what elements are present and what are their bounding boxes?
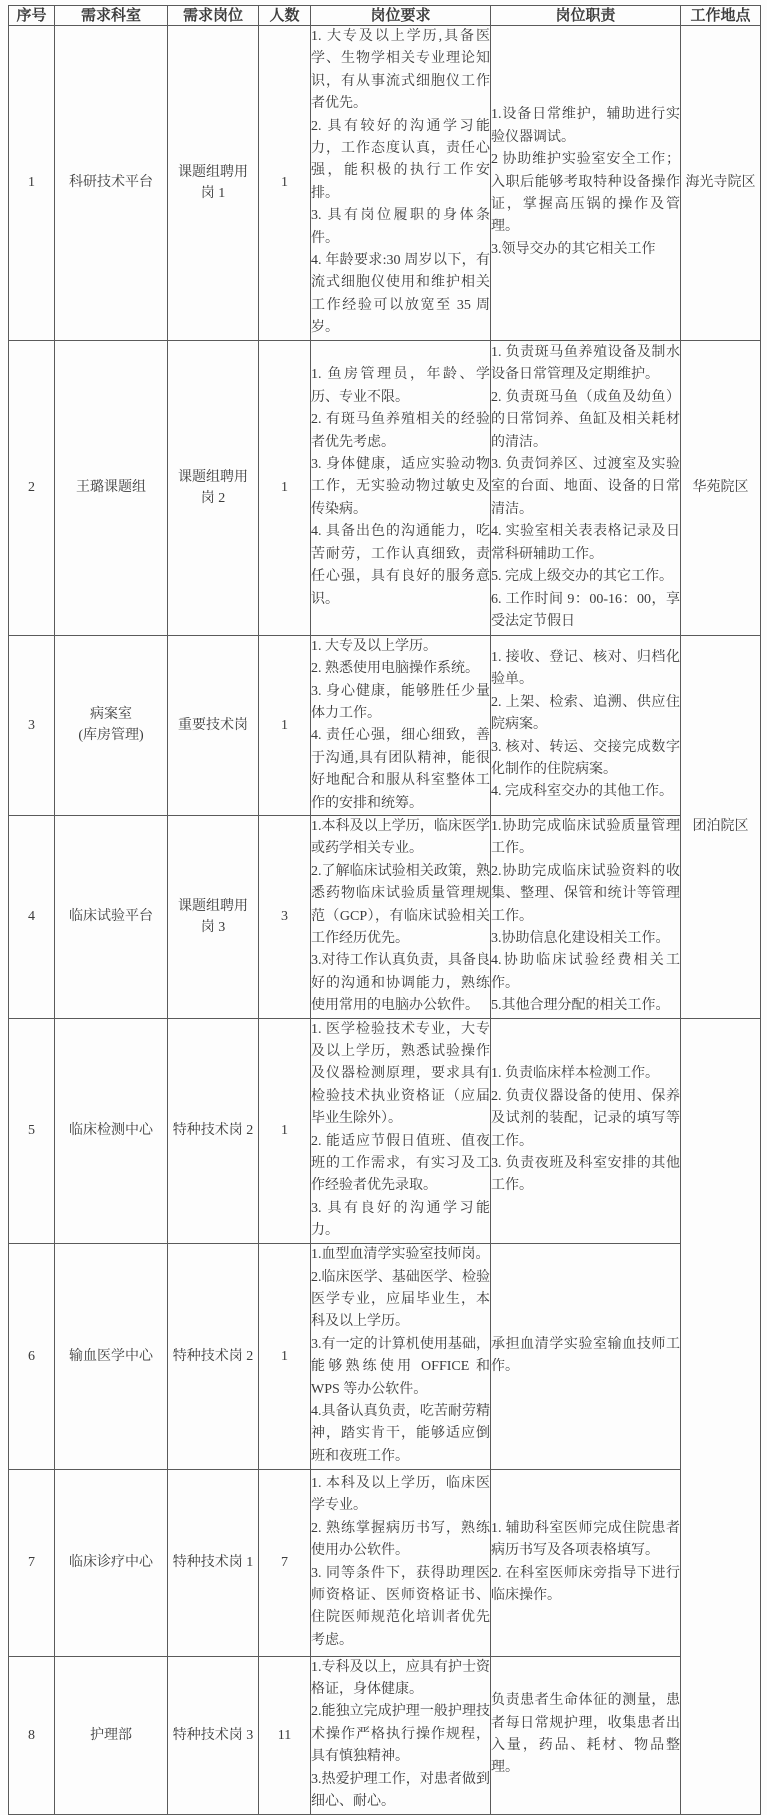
cell-seq: 3 — [9, 635, 55, 815]
table-row: 8 护理部 特种技术岗 3 11 1.专科及以上，应具有护士资格证，身体健康。2… — [9, 1656, 761, 1814]
col-header-position: 需求岗位 — [168, 6, 259, 26]
cell-position: 课题组聘用 岗 1 — [168, 26, 259, 341]
cell-location — [681, 1018, 761, 1814]
col-header-dept: 需求科室 — [55, 6, 168, 26]
cell-requirements: 1.本科及以上学历，临床医学或药学相关专业。2.了解临床试验相关政策，熟悉药物临… — [311, 815, 491, 1018]
cell-duties: 1. 负责临床样本检测工作。2. 负责仪器设备的使用、保养及试剂的装配，记录的填… — [491, 1018, 681, 1243]
cell-count: 11 — [259, 1656, 311, 1814]
cell-seq: 7 — [9, 1469, 55, 1656]
cell-location: 海光寺院区 — [681, 26, 761, 341]
cell-requirements: 1. 大专及以上学历,具备医学、生物学相关专业理论知识，有从事流式细胞仪工作者优… — [311, 26, 491, 341]
cell-requirements: 1. 医学检验技术专业，大专及以上学历，熟悉试验操作及仪器检测原理，要求具有检验… — [311, 1018, 491, 1243]
cell-seq: 1 — [9, 26, 55, 341]
cell-dept: 临床诊疗中心 — [55, 1469, 168, 1656]
cell-dept: 临床检测中心 — [55, 1018, 168, 1243]
cell-position: 特种技术岗 1 — [168, 1469, 259, 1656]
col-header-requirements: 岗位要求 — [311, 6, 491, 26]
cell-duties: 承担血清学实验室输血技师工作。 — [491, 1243, 681, 1469]
cell-duties: 1.协助完成临床试验质量管理工作。2.协助完成临床试验资料的收集、整理、保管和统… — [491, 815, 681, 1018]
cell-count: 1 — [259, 340, 311, 635]
cell-duties: 负责患者生命体征的测量，患者每日常规护理，收集患者出入量，药品、耗材、物品整理。 — [491, 1656, 681, 1814]
cell-count: 1 — [259, 1018, 311, 1243]
table-header-row: 序号 需求科室 需求岗位 人数 岗位要求 岗位职责 工作地点 — [9, 6, 761, 26]
col-header-seq: 序号 — [9, 6, 55, 26]
cell-duties: 1. 辅助科室医师完成住院患者病历书写及各项表格填写。2. 在科室医师床旁指导下… — [491, 1469, 681, 1656]
cell-dept: 王璐课题组 — [55, 340, 168, 635]
col-header-count: 人数 — [259, 6, 311, 26]
cell-duties: 1. 接收、登记、核对、归档化验单。2. 上架、检索、追溯、供应住院病案。3. … — [491, 635, 681, 815]
cell-position: 重要技术岗 — [168, 635, 259, 815]
cell-count: 1 — [259, 26, 311, 341]
cell-count: 1 — [259, 635, 311, 815]
table-row: 5 临床检测中心 特种技术岗 2 1 1. 医学检验技术专业，大专及以上学历，熟… — [9, 1018, 761, 1243]
cell-dept: 临床试验平台 — [55, 815, 168, 1018]
table-row: 2 王璐课题组 课题组聘用 岗 2 1 1. 鱼房管理员，年龄、学历、专业不限。… — [9, 340, 761, 635]
cell-dept: 护理部 — [55, 1656, 168, 1814]
job-recruitment-table: 序号 需求科室 需求岗位 人数 岗位要求 岗位职责 工作地点 1 科研技术平台 … — [8, 5, 761, 1815]
cell-seq: 8 — [9, 1656, 55, 1814]
cell-requirements: 1. 本科及以上学历，临床医学专业。2. 熟练掌握病历书写，熟练使用办公软件。3… — [311, 1469, 491, 1656]
document-page: 序号 需求科室 需求岗位 人数 岗位要求 岗位职责 工作地点 1 科研技术平台 … — [0, 5, 767, 1815]
cell-duties: 1.设备日常维护，辅助进行实验仪器调试。2 协助维护实验室安全工作；入职后能够考… — [491, 26, 681, 341]
cell-count: 7 — [259, 1469, 311, 1656]
cell-seq: 4 — [9, 815, 55, 1018]
cell-position: 特种技术岗 2 — [168, 1018, 259, 1243]
cell-position: 课题组聘用 岗 2 — [168, 340, 259, 635]
cell-duties: 1. 负责斑马鱼养殖设备及制水设备日常管理及定期维护。2. 负责斑马鱼（成鱼及幼… — [491, 340, 681, 635]
cell-position: 课题组聘用 岗 3 — [168, 815, 259, 1018]
cell-requirements: 1. 鱼房管理员，年龄、学历、专业不限。2. 有斑马鱼养殖相关的经验者优先考虑。… — [311, 340, 491, 635]
cell-requirements: 1.血型血清学实验室技师岗。2.临床医学、基础医学、检验医学专业，应届毕业生，本… — [311, 1243, 491, 1469]
table-row: 7 临床诊疗中心 特种技术岗 1 7 1. 本科及以上学历，临床医学专业。2. … — [9, 1469, 761, 1656]
cell-count: 3 — [259, 815, 311, 1018]
table-row: 1 科研技术平台 课题组聘用 岗 1 1 1. 大专及以上学历,具备医学、生物学… — [9, 26, 761, 341]
cell-seq: 2 — [9, 340, 55, 635]
table-row: 6 输血医学中心 特种技术岗 2 1 1.血型血清学实验室技师岗。2.临床医学、… — [9, 1243, 761, 1469]
cell-position: 特种技术岗 3 — [168, 1656, 259, 1814]
cell-position: 特种技术岗 2 — [168, 1243, 259, 1469]
cell-count: 1 — [259, 1243, 311, 1469]
cell-requirements: 1. 大专及以上学历。2. 熟悉使用电脑操作系统。3. 身心健康，能够胜任少量体… — [311, 635, 491, 815]
cell-seq: 6 — [9, 1243, 55, 1469]
cell-dept: 输血医学中心 — [55, 1243, 168, 1469]
cell-location: 华苑院区 — [681, 340, 761, 635]
cell-location: 团泊院区 — [681, 635, 761, 1018]
cell-seq: 5 — [9, 1018, 55, 1243]
table-row: 3 病案室 (库房管理) 重要技术岗 1 1. 大专及以上学历。2. 熟悉使用电… — [9, 635, 761, 815]
col-header-location: 工作地点 — [681, 6, 761, 26]
cell-dept: 科研技术平台 — [55, 26, 168, 341]
cell-requirements: 1.专科及以上，应具有护士资格证，身体健康。2.能独立完成护理一般护理技术操作严… — [311, 1656, 491, 1814]
col-header-duties: 岗位职责 — [491, 6, 681, 26]
table-row: 4 临床试验平台 课题组聘用 岗 3 3 1.本科及以上学历，临床医学或药学相关… — [9, 815, 761, 1018]
cell-dept: 病案室 (库房管理) — [55, 635, 168, 815]
